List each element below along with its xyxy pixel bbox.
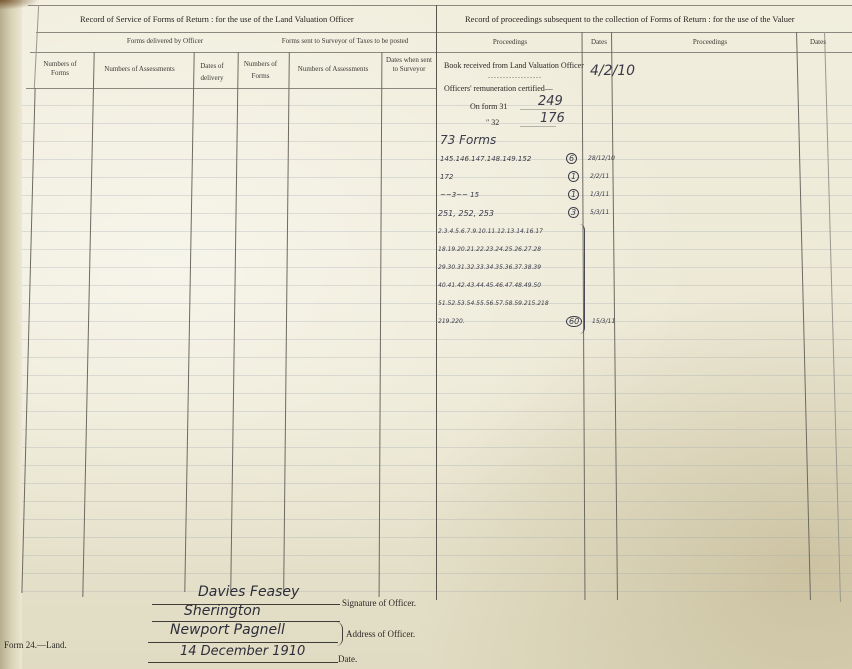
entry-10-count: 60 <box>566 316 582 327</box>
col-header-proceedings-1: Proceedings <box>440 38 580 47</box>
entry-5-text: 2.3.4.5.6.7.9.10.11.12.13.14.16.17 <box>438 228 543 235</box>
header-divider-left <box>36 32 436 33</box>
entry-10-text: 219.220. <box>438 318 465 325</box>
address-value-1: Sherington <box>184 603 261 619</box>
date-value: 14 December 1910 <box>180 644 305 659</box>
book-binding <box>0 0 22 669</box>
entry-8-text: 40.41.42.43.44.45.46.47.48.49.50 <box>438 282 541 289</box>
section-divider <box>436 5 437 600</box>
header-divider-right <box>436 32 852 33</box>
col-header-numbers-of-assessments: Numbers of Assessments <box>92 65 187 74</box>
entry-10-date: 15/3/11 <box>592 318 615 325</box>
entry-3-text: ~~3~~ 15 <box>440 191 479 199</box>
entry-3-date: 1/3/11 <box>590 191 609 198</box>
entry-1-date: 28/12/10 <box>588 155 615 162</box>
col-header-numbers-of-forms: Numbers of Forms <box>34 60 86 78</box>
entry-4-count: 3 <box>568 207 579 218</box>
entry-4-date: 5/3/11 <box>590 209 609 216</box>
address-value-2: Newport Pagnell <box>170 622 285 638</box>
form-label: Form 24.—Land. <box>4 640 67 650</box>
address-label: Address of Officer. <box>346 629 415 639</box>
ledger-page: Record of Service of Forms of Return : f… <box>0 0 852 669</box>
remuneration-label: Officers' remuneration certified— <box>444 84 553 94</box>
col-header-dates-of-delivery: Dates of delivery <box>192 60 232 84</box>
entry-1-count: 6 <box>566 153 577 164</box>
entry-9-text: 51.52.53.54.55.56.57.58.59.215.218 <box>438 300 549 307</box>
entry-0-text: 73 Forms <box>440 133 496 147</box>
col-header-proceedings-2: Proceedings <box>620 38 800 47</box>
book-received-leader: .................. <box>488 71 542 81</box>
column-header-bottom-left <box>26 88 436 89</box>
date-line <box>148 662 338 663</box>
entry-1-text: 145.146.147.148.149.152 <box>440 155 531 163</box>
col-header-numbers-of-assessments-sent: Numbers of Assessments <box>288 65 378 74</box>
form-31-label: On form 31 <box>470 102 507 112</box>
group-forms-sent: Forms sent to Surveyor of Taxes to be po… <box>260 37 430 46</box>
group-forms-delivered: Forms delivered by Officer <box>90 37 240 46</box>
top-border <box>28 5 852 6</box>
form-32-label: " 32 <box>486 118 499 128</box>
entry-2-date: 2/2/11 <box>590 173 609 180</box>
left-section-title: Record of Service of Forms of Return : f… <box>80 14 354 24</box>
address-line-2 <box>148 642 338 643</box>
address-brace <box>336 622 343 646</box>
col-header-dates-1: Dates <box>585 38 613 47</box>
col-header-dates-2: Dates <box>805 38 831 47</box>
entry-6-text: 18.19.20.21.22.23.24.25.26.27.28 <box>438 246 541 253</box>
entry-2-count: 1 <box>568 171 579 182</box>
book-received-date: 4/2/10 <box>590 63 635 79</box>
entry-3-count: 1 <box>568 189 579 200</box>
form-31-value: 249 <box>538 94 563 109</box>
signature-value: Davies Feasey <box>198 584 299 600</box>
col-header-numbers-of-forms-sent: Numbers of Forms <box>237 58 284 82</box>
subheader-divider-left <box>30 52 436 53</box>
col-header-dates-sent-to-surveyor: Dates when sent to Surveyor <box>383 56 435 74</box>
right-section-title: Record of proceedings subsequent to the … <box>465 14 795 24</box>
subheader-divider-right <box>436 52 852 53</box>
signature-label: Signature of Officer. <box>342 598 416 608</box>
form-32-value: 176 <box>540 111 565 126</box>
entry-7-text: 29.30.31.32.33.34.35.36.37.38.39 <box>438 264 541 271</box>
date-label: Date. <box>338 654 357 664</box>
book-received-label: Book received from Land Valuation Office… <box>444 61 584 71</box>
entry-4-text: 251, 252, 253 <box>438 209 494 218</box>
entry-2-text: 172 <box>440 173 453 181</box>
